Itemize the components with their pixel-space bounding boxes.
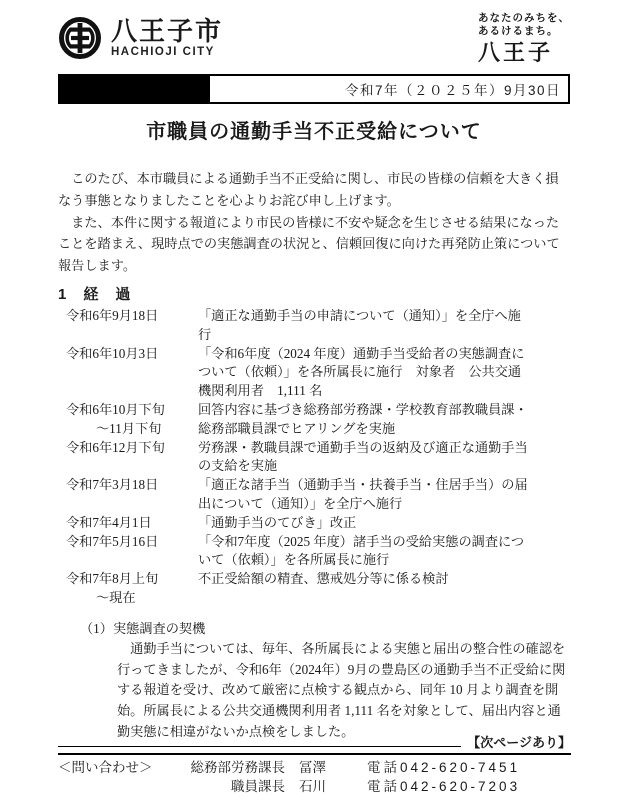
slogan-brand: 八王子	[478, 41, 570, 65]
city-logo: 八王子市 HACHIOJI CITY	[58, 16, 223, 60]
timeline-desc: 回答内容に基づき総務部労務課・学校教育部教職員課・総務部職員課でヒアリングを実施	[198, 401, 530, 439]
timeline-row: 令和7年3月18日 「適正な諸手当（通勤手当・扶養手当・住居手当）の届出について…	[66, 476, 570, 514]
hachioji-city-emblem-icon	[58, 16, 102, 60]
subsection-1-1: （1）実態調査の契機 通勤手当については、毎年、各所属長による実態と届出の整合性…	[58, 618, 570, 743]
timeline: 令和6年9月18日 「適正な通勤手当の申請について（通知）」を全庁へ施行 令和6…	[66, 307, 570, 608]
timeline-desc: 「適正な諸手当（通勤手当・扶養手当・住居手当）の届出について（通知）」を全庁へ施…	[198, 476, 530, 514]
contact-phone: 電話042-620-7451	[343, 758, 571, 777]
document-page: 八王子市 HACHIOJI CITY あなたのみちを、 あるけるまち。 八王子 …	[0, 0, 628, 800]
timeline-desc: 労務課・教職員課で通勤手当の返納及び適正な通勤手当の支給を実施	[198, 439, 530, 477]
subsection-1-1-body: 通勤手当については、毎年、各所属長による実態と届出の整合性の確認を行ってきました…	[117, 639, 569, 743]
timeline-desc: 「適正な通勤手当の申請について（通知）」を全庁へ施行	[198, 307, 530, 345]
slogan-line-2: あるけるまち。	[478, 25, 570, 38]
city-name: 八王子市	[111, 18, 223, 44]
contact-block: ＜問い合わせ＞ 総務部労務課長 冨澤 電話042-620-7451 職員課長 石…	[58, 753, 571, 800]
timeline-date: 令和7年8月上旬 ～現在	[66, 570, 198, 608]
contact-label: ＜問い合わせ＞	[58, 758, 173, 777]
intro-paragraph-2: また、本件に関する報道により市民の皆様に不安や疑念を生じさせる結果になったことを…	[58, 212, 570, 277]
section-1-heading: 1 経 過	[58, 285, 570, 305]
next-page-note: 【次ページあり】	[461, 735, 571, 751]
next-page-row: 【次ページあり】	[58, 735, 571, 751]
timeline-date-start: 令和6年10月下旬	[66, 401, 198, 420]
intro-paragraph-1: このたび、本市職員による通勤手当不正受給に関し、市民の皆様の信頼を大きく損なう事…	[58, 168, 570, 212]
contact-title: 総務部労務課長	[173, 758, 285, 777]
timeline-desc: 「令和6年度（2024 年度）通勤手当受給者の実態調査について（依頼）」を各所属…	[198, 345, 530, 401]
contact-name: 冨澤	[285, 758, 343, 777]
contact-name: 石川	[285, 777, 343, 796]
timeline-row: 令和7年4月1日 「通勤手当のてびき」改正	[66, 514, 570, 533]
timeline-date-start: 令和7年8月上旬	[66, 570, 198, 589]
contact-row: ＜問い合わせ＞ 総務部労務課長 冨澤 電話042-620-7451	[58, 758, 571, 777]
timeline-row: 令和6年9月18日 「適正な通勤手当の申請について（通知）」を全庁へ施行	[66, 307, 570, 345]
timeline-desc: 「通勤手当のてびき」改正	[198, 514, 530, 533]
subsection-1-1-label: （1）実態調査の契機	[80, 618, 570, 639]
city-name-en: HACHIOJI CITY	[111, 47, 223, 59]
timeline-row: 令和6年10月下旬 ～11月下旬 回答内容に基づき総務部労務課・学校教育部教職員…	[66, 401, 570, 439]
timeline-row: 令和7年5月16日 「令和7年度（2025 年度）諸手当の受給実態の調査について…	[66, 533, 570, 571]
timeline-date: 令和6年12月下旬	[66, 439, 198, 477]
black-bar	[60, 76, 210, 102]
timeline-row: 令和6年12月下旬 労務課・教職員課で通勤手当の返納及び適正な通勤手当の支給を実…	[66, 439, 570, 477]
timeline-date: 令和7年4月1日	[66, 514, 198, 533]
timeline-row: 令和6年10月3日 「令和6年度（2024 年度）通勤手当受給者の実態調査につい…	[66, 345, 570, 401]
contact-phone: 電話042-620-7203	[343, 777, 571, 796]
timeline-date: 令和6年9月18日	[66, 307, 198, 345]
timeline-date: 令和6年10月3日	[66, 345, 198, 401]
page-title: 市職員の通勤手当不正受給について	[58, 118, 570, 146]
timeline-date: 令和6年10月下旬 ～11月下旬	[66, 401, 198, 439]
timeline-desc: 不正受給額の精査、懲戒処分等に係る検討	[198, 570, 530, 608]
contact-row: 職員課長 石川 電話042-620-7203	[58, 777, 571, 796]
timeline-date-end: ～11月下旬	[66, 420, 198, 439]
contact-label-empty	[58, 777, 173, 796]
contact-title: 職員課長	[173, 777, 285, 796]
logo-text: 八王子市 HACHIOJI CITY	[111, 18, 223, 59]
timeline-date: 令和7年3月18日	[66, 476, 198, 514]
footer: 【次ページあり】 ＜問い合わせ＞ 総務部労務課長 冨澤 電話042-620-74…	[58, 735, 571, 800]
city-slogan: あなたのみちを、 あるけるまち。 八王子	[478, 12, 570, 65]
timeline-row: 令和7年8月上旬 ～現在 不正受給額の精査、懲戒処分等に係る検討	[66, 570, 570, 608]
timeline-date-end: ～現在	[66, 589, 198, 608]
header: 八王子市 HACHIOJI CITY あなたのみちを、 あるけるまち。 八王子	[58, 12, 570, 68]
release-date: 令和7年（２０２５年）9月30日	[210, 76, 568, 102]
date-bar: 令和7年（２０２５年）9月30日	[58, 74, 570, 104]
timeline-date: 令和7年5月16日	[66, 533, 198, 571]
slogan-line-1: あなたのみちを、	[478, 12, 570, 25]
separator-line	[58, 746, 461, 747]
timeline-desc: 「令和7年度（2025 年度）諸手当の受給実態の調査について（依頼）」を各所属長…	[198, 533, 530, 571]
intro-section: このたび、本市職員による通勤手当不正受給に関し、市民の皆様の信頼を大きく損なう事…	[58, 168, 570, 277]
